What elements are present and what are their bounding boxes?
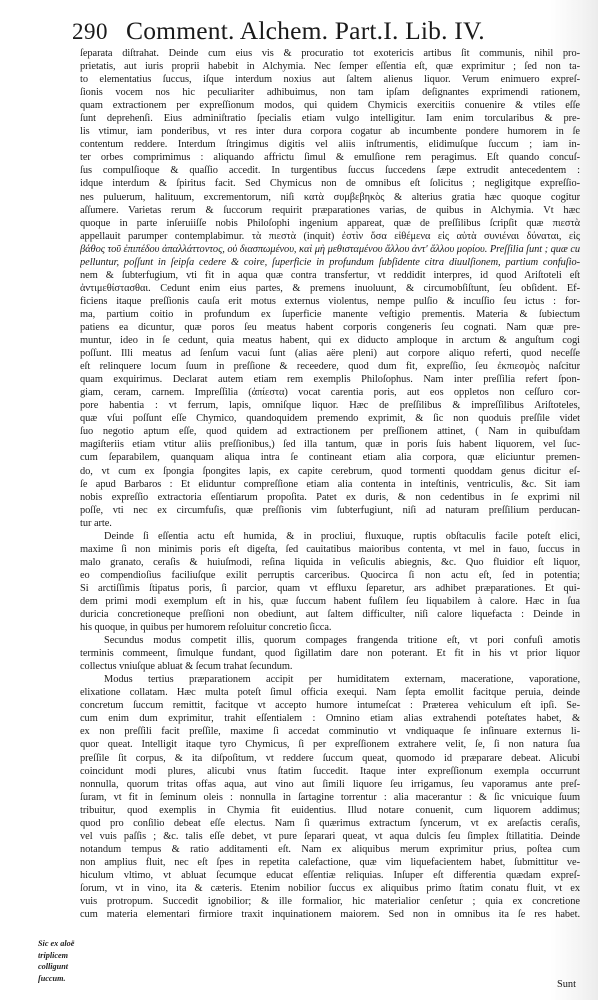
margin-note-line: triplicem: [38, 950, 82, 962]
paragraph-start-line: Modus tertius præparationem accipit per …: [80, 673, 580, 686]
text-line: vuis protropum. Succedit ignobilior; & i…: [80, 895, 580, 908]
text-line: elixatione collatam. Hæc multa poteſt ſi…: [80, 686, 580, 699]
text-line: preſſile ſit corpus, & ita diſpoſitum, v…: [80, 752, 580, 765]
running-head: 290 Comment. Alchem. Part.I. Lib. IV.: [72, 16, 572, 50]
text-line: aſſumere. Varietas rerum & ſuccorum requ…: [80, 204, 580, 217]
text-line: eſt relinquere locum ſuum in preſſione &…: [80, 360, 580, 373]
text-line: tur arte.: [80, 517, 580, 530]
text-line: quæ vſui poſſunt eſſe Chymico, quandoqui…: [80, 412, 580, 425]
text-line: muntur, ideo in ſe cedunt, quia meatus h…: [80, 334, 580, 347]
text-line: maxime ſi non minimis poris eſt digeſta,…: [80, 543, 580, 556]
text-line: collectus vniuſque abluat & ſecum trahat…: [80, 660, 580, 673]
text-line: quoque in parte inſeruiiſſe nobis Philoſ…: [80, 217, 580, 230]
text-line: nem & ſubterfugium, vti fit in aqua quæ …: [80, 269, 580, 282]
text-line-greek-italic: βάθος τοῦ ἐπιπέδου ἀπαλλάττοντος, οὐ δια…: [80, 243, 580, 256]
margin-note-line: ſuccum.: [38, 973, 82, 985]
text-line: to elementatius ſuccus, iſque interdum n…: [80, 73, 580, 86]
text-line: ex non preſſili facit preſſile, maxime ſ…: [80, 725, 580, 738]
text-line: nobis expreſſio extractoria eſſentiarum …: [80, 491, 580, 504]
text-line: idque interdum & ſpiritus facit. Sed Chy…: [80, 177, 580, 190]
text-line: ſuram, vt fit in ſeminum oleis : nonnull…: [80, 791, 580, 804]
text-line: ſunt deprehenſi. Eius adminiſtratio ſpec…: [80, 112, 580, 125]
text-line: Si arctiſſimis ſtipatus poris, ſi parcio…: [80, 582, 580, 595]
text-line: terminis commeent, ſimulque fundant, quo…: [80, 647, 580, 660]
text-line: cum materia elementari firmiore traxit i…: [80, 908, 580, 921]
body-text: ſeparata diſtrahat. Deinde cum eius vis …: [80, 47, 580, 934]
text-line: quam exquirimus. Declarat autem etiam re…: [80, 373, 580, 386]
text-line: patiens ea dicuntur, quæ poros ſeu meatu…: [80, 321, 580, 334]
text-line: poſſunt. Illi meatus ad ſenſum vacui ſun…: [80, 347, 580, 360]
page-number: 290: [72, 19, 108, 45]
margin-note-line: colligunt: [38, 961, 82, 973]
text-line: ἀντιμεθίστασθαι. Cedunt enim eius partes…: [80, 282, 580, 295]
text-line: ma, partium coitio in profundum ex ſuper…: [80, 308, 580, 321]
text-line: eo compendioſius faciliuſque exilit perr…: [80, 569, 580, 582]
text-line: non amplius fluit, nec eſt ſpes in repet…: [80, 856, 580, 869]
text-line: [80, 921, 580, 934]
text-line: nes puluerum, halituum, excrementorum, n…: [80, 191, 580, 204]
text-line: ſe apud Barbaros : Et eliduntur compreſſ…: [80, 478, 580, 491]
text-line: tribuitur, quod exemplis in Chymia fit e…: [80, 804, 580, 817]
text-line: appellauit parumper contemplabimur. τὰ π…: [80, 230, 580, 243]
text-line-italic: pelluntur, poſſunt in ſeipſa cedere & co…: [80, 256, 580, 269]
text-line: cum ſeparabilem, quanquam aliqua intra ſ…: [80, 451, 580, 464]
text-line: quor queat. Intelligit itaque tyro Chymi…: [80, 738, 580, 751]
text-line: his quoque, in quibus per humorem reſolu…: [80, 621, 580, 634]
text-line: do, vt cum ex ſpongia ſpongites lapis, e…: [80, 465, 580, 478]
text-line: magiſteriis etiam vtitur aliis preſſioni…: [80, 438, 580, 451]
text-line: duricia concretioneque preſſioni non obe…: [80, 608, 580, 621]
text-line: coincidunt modi plures, alicubi vnus ſta…: [80, 765, 580, 778]
text-line: dem primi modi exemplum eſt in his, quæ …: [80, 595, 580, 608]
text-line: ſus compulſioque & quaſſio accedit. In t…: [80, 164, 580, 177]
text-line: ſuo negotio aptum eſſe, quod quidem ad e…: [80, 425, 580, 438]
margin-note-line: Sic ex aloë: [38, 938, 82, 950]
running-title: Comment. Alchem. Part.I. Lib. IV.: [126, 16, 485, 46]
text-line: prietatis, aut iuris proprii habebit in …: [80, 60, 580, 73]
text-line: poſſe, vti nec ex circumfuſis, quæ preſſ…: [80, 504, 580, 517]
paragraph-start-line: Secundus modus competit illis, quorum co…: [80, 634, 580, 647]
text-line: malo granato, ceraſis & huiuſmodi, reſin…: [80, 556, 580, 569]
text-line: notandum tempus & ratio additamenti eſt.…: [80, 843, 580, 856]
text-line: ter orbes comprimimus : aliquando affric…: [80, 151, 580, 164]
text-line: quod pro conſilio debeat eſſe electus. N…: [80, 817, 580, 830]
text-line: quam extractionem per expreſſionum modos…: [80, 99, 580, 112]
margin-note: Sic ex aloë triplicem colligunt ſuccum.: [38, 938, 82, 984]
text-line: contentum reddere. Interdum ſtringimus d…: [80, 138, 580, 151]
text-line: ſionis vocem nos hic peculiariter adhibu…: [80, 86, 580, 99]
text-line: vel vuis paſſis ; &c. talis eſſe debet, …: [80, 830, 580, 843]
text-line: ſorum, vt in vino, ita & cæteris. Etenim…: [80, 882, 580, 895]
text-line: giam, ceram, carnem. Impreſſilia (ἀπίεστ…: [80, 386, 580, 399]
document-page: 290 Comment. Alchem. Part.I. Lib. IV. ſe…: [0, 0, 598, 1000]
paragraph-start-line: Deinde ſi eſſentia actu eſt humida, & in…: [80, 530, 580, 543]
text-line: ficiens itaque preſſionis cauſa erit mot…: [80, 295, 580, 308]
text-line: nonnulla, quorum tritas offas aqua, aut …: [80, 778, 580, 791]
text-line: concretum ſuccum remittit, facitque vt a…: [80, 699, 580, 712]
catchword: Sunt: [557, 978, 576, 991]
text-line: hiculum vltimo, vt abluat ſecumque educa…: [80, 869, 580, 882]
text-line: pore habentia : vt ferrum, lapis, omniſq…: [80, 399, 580, 412]
text-line: lis vtimur, iam ponderibus, vt res inter…: [80, 125, 580, 138]
text-line: ſeparata diſtrahat. Deinde cum eius vis …: [80, 47, 580, 60]
text-line: cum enim dum exprimitur, trahit eſſentia…: [80, 712, 580, 725]
